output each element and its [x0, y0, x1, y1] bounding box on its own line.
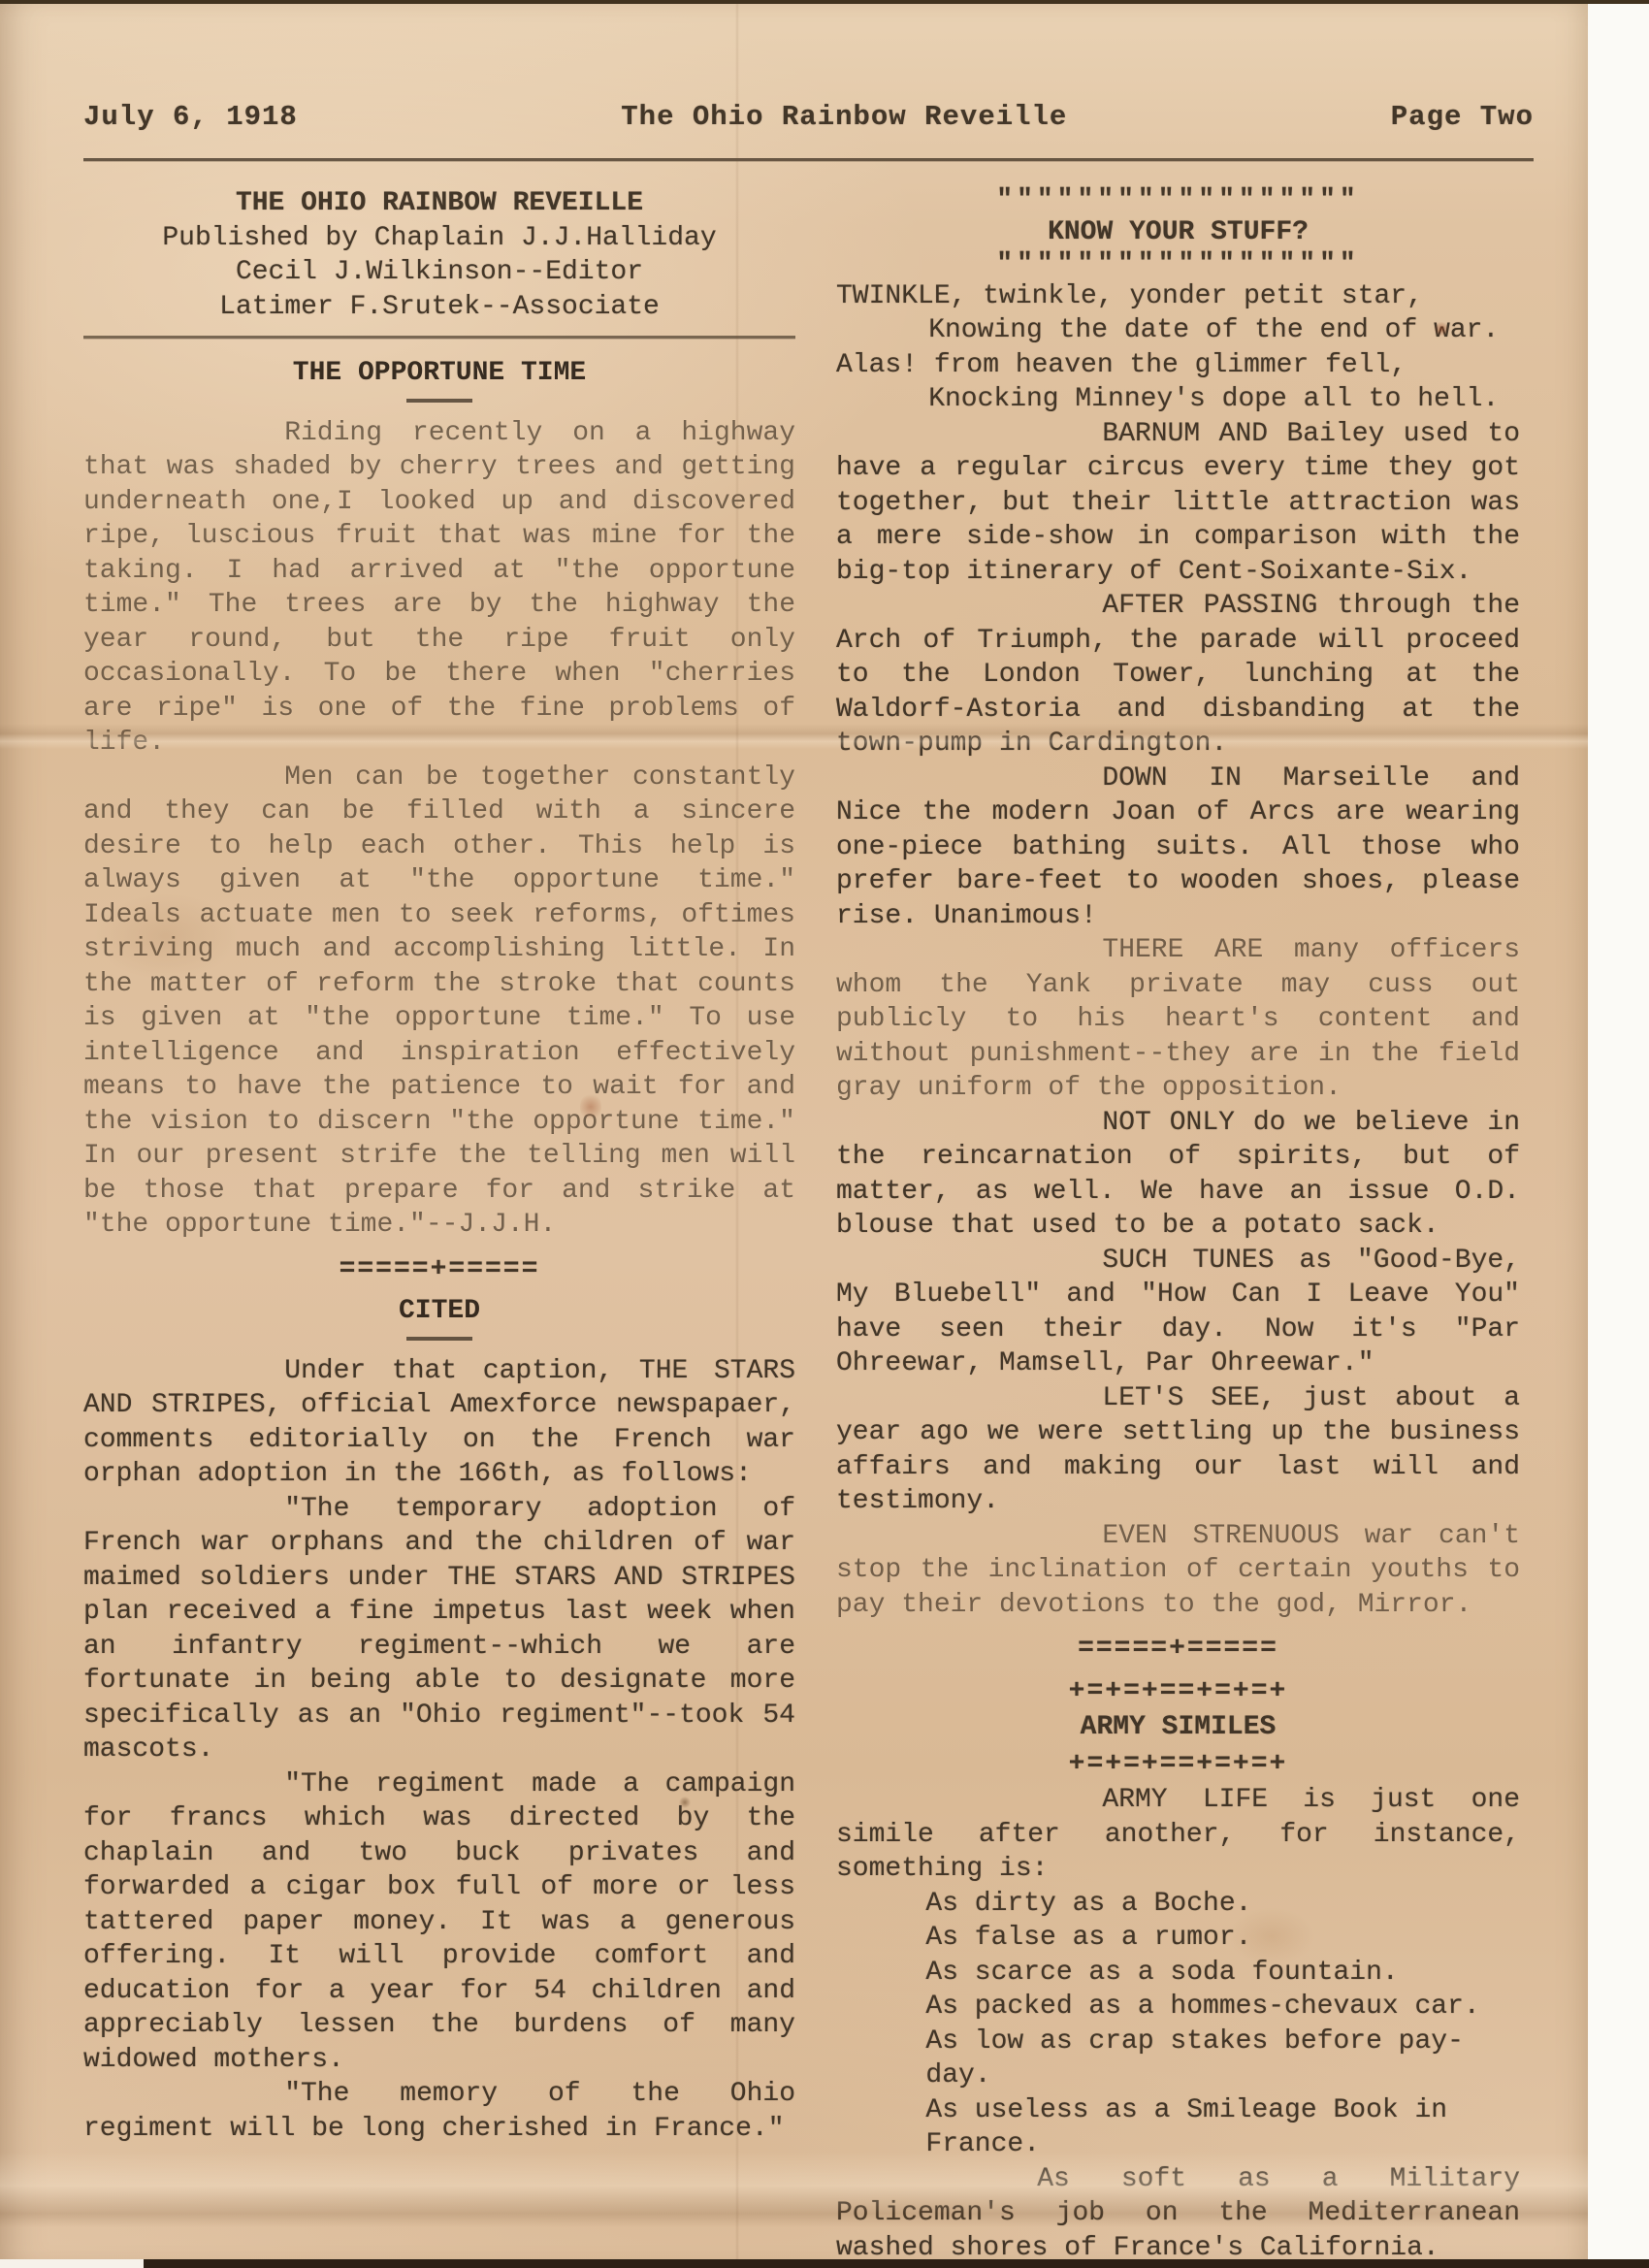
article-title-opportune-time: THE OPPORTUNE TIME: [83, 356, 795, 391]
army-similes-border: +=+=+==+=+=+: [836, 1674, 1520, 1709]
paper-stain: [679, 1797, 691, 1808]
quote-mark-border: """""""""""""""""": [836, 186, 1520, 215]
paper-fold-crease: [0, 2152, 1588, 2227]
simile-line: As low as crap stakes before pay-day.: [836, 2025, 1520, 2093]
issue-date: July 6, 1918: [83, 101, 298, 133]
section-divider: =====+=====: [836, 1632, 1520, 1667]
paragraph: SUCH TUNES as "Good-Bye, My Bluebell" an…: [836, 1244, 1520, 1381]
paper-stain: [580, 1092, 601, 1121]
masthead-line: THE OHIO RAINBOW REVEILLE: [83, 186, 795, 221]
simile-line: As false as a rumor.: [836, 1921, 1520, 1956]
paragraph: EVEN STRENUOUS war can't stop the inclin…: [836, 1519, 1520, 1623]
simile-line: As scarce as a soda fountain.: [836, 1956, 1520, 1991]
page-number: Page Two: [1391, 101, 1534, 133]
title-underline: [406, 399, 472, 403]
masthead-line: Cecil J.Wilkinson--Editor: [83, 255, 795, 290]
simile-line: As dirty as a Boche.: [836, 1887, 1520, 1922]
article-title-army-similes: ARMY SIMILES: [836, 1710, 1520, 1745]
paragraph: Under that caption, THE STARS AND STRIPE…: [83, 1354, 795, 1492]
column-layout: THE OHIO RAINBOW REVEILLE Published by C…: [83, 186, 1534, 2265]
title-underline: [406, 1337, 472, 1341]
paragraph: ARMY LIFE is just one simile after anoth…: [836, 1783, 1520, 1887]
paragraph: Riding recently on a highway that was sh…: [83, 416, 795, 761]
masthead-line: Latimer F.Srutek--Associate: [83, 290, 795, 325]
poem-line: Knocking Minney's dope all to hell.: [836, 382, 1520, 417]
newspaper-title: The Ohio Rainbow Reveille: [621, 101, 1067, 133]
poem-line: Knowing the date of the end of war.: [836, 313, 1520, 348]
paragraph: NOT ONLY do we believe in the reincarnat…: [836, 1106, 1520, 1244]
section-divider: =====+=====: [83, 1252, 795, 1287]
paper-stain: [93, 892, 239, 980]
paragraph: "The temporary adoption of French war or…: [83, 1492, 795, 1767]
scan-corner-bottom-left: [0, 2259, 144, 2268]
masthead-line: Published by Chaplain J.J.Halliday: [83, 221, 795, 256]
paragraph: "The regiment made a campaign for francs…: [83, 1767, 795, 2078]
left-column: THE OHIO RAINBOW REVEILLE Published by C…: [83, 186, 795, 2265]
paper-stain: [1228, 1907, 1315, 1965]
paragraph: LET'S SEE, just about a year ago we were…: [836, 1381, 1520, 1519]
newspaper-sheet: July 6, 1918 The Ohio Rainbow Reveille P…: [0, 0, 1588, 2268]
paper-fold-crease: [0, 724, 1588, 749]
poem-line: Alas! from heaven the glimmer fell,: [836, 348, 1520, 383]
article-title-cited: CITED: [83, 1294, 795, 1329]
paper-stain: [1434, 322, 1449, 336]
article-title-know-your-stuff: KNOW YOUR STUFF?: [836, 215, 1520, 250]
scan-edge-bottom: [144, 2259, 1649, 2268]
paragraph: "The memory of the Ohio regiment will be…: [83, 2077, 795, 2146]
paper-fold-crease: [735, 0, 739, 2268]
quote-mark-border: """""""""""""""""": [836, 250, 1520, 279]
paragraph: BARNUM AND Bailey used to have a regular…: [836, 417, 1520, 590]
page-header: July 6, 1918 The Ohio Rainbow Reveille P…: [83, 101, 1534, 133]
paragraph: THERE ARE many officers whom the Yank pr…: [836, 933, 1520, 1106]
paragraph: DOWN IN Marseille and Nice the modern Jo…: [836, 761, 1520, 934]
simile-line: As packed as a hommes-chevaux car.: [836, 1990, 1520, 2025]
scanned-newspaper-page: July 6, 1918 The Ohio Rainbow Reveille P…: [0, 0, 1649, 2268]
paragraph: Men can be together constantly and they …: [83, 761, 795, 1243]
army-similes-border: +=+=+==+=+=+: [836, 1747, 1520, 1782]
right-column: """""""""""""""""" KNOW YOUR STUFF? """"…: [836, 186, 1520, 2265]
header-rule: [83, 158, 1534, 161]
masthead-rule: [83, 336, 795, 339]
scan-edge-top: [0, 0, 1649, 4]
poem-line: TWINKLE, twinkle, yonder petit star,: [836, 279, 1520, 314]
